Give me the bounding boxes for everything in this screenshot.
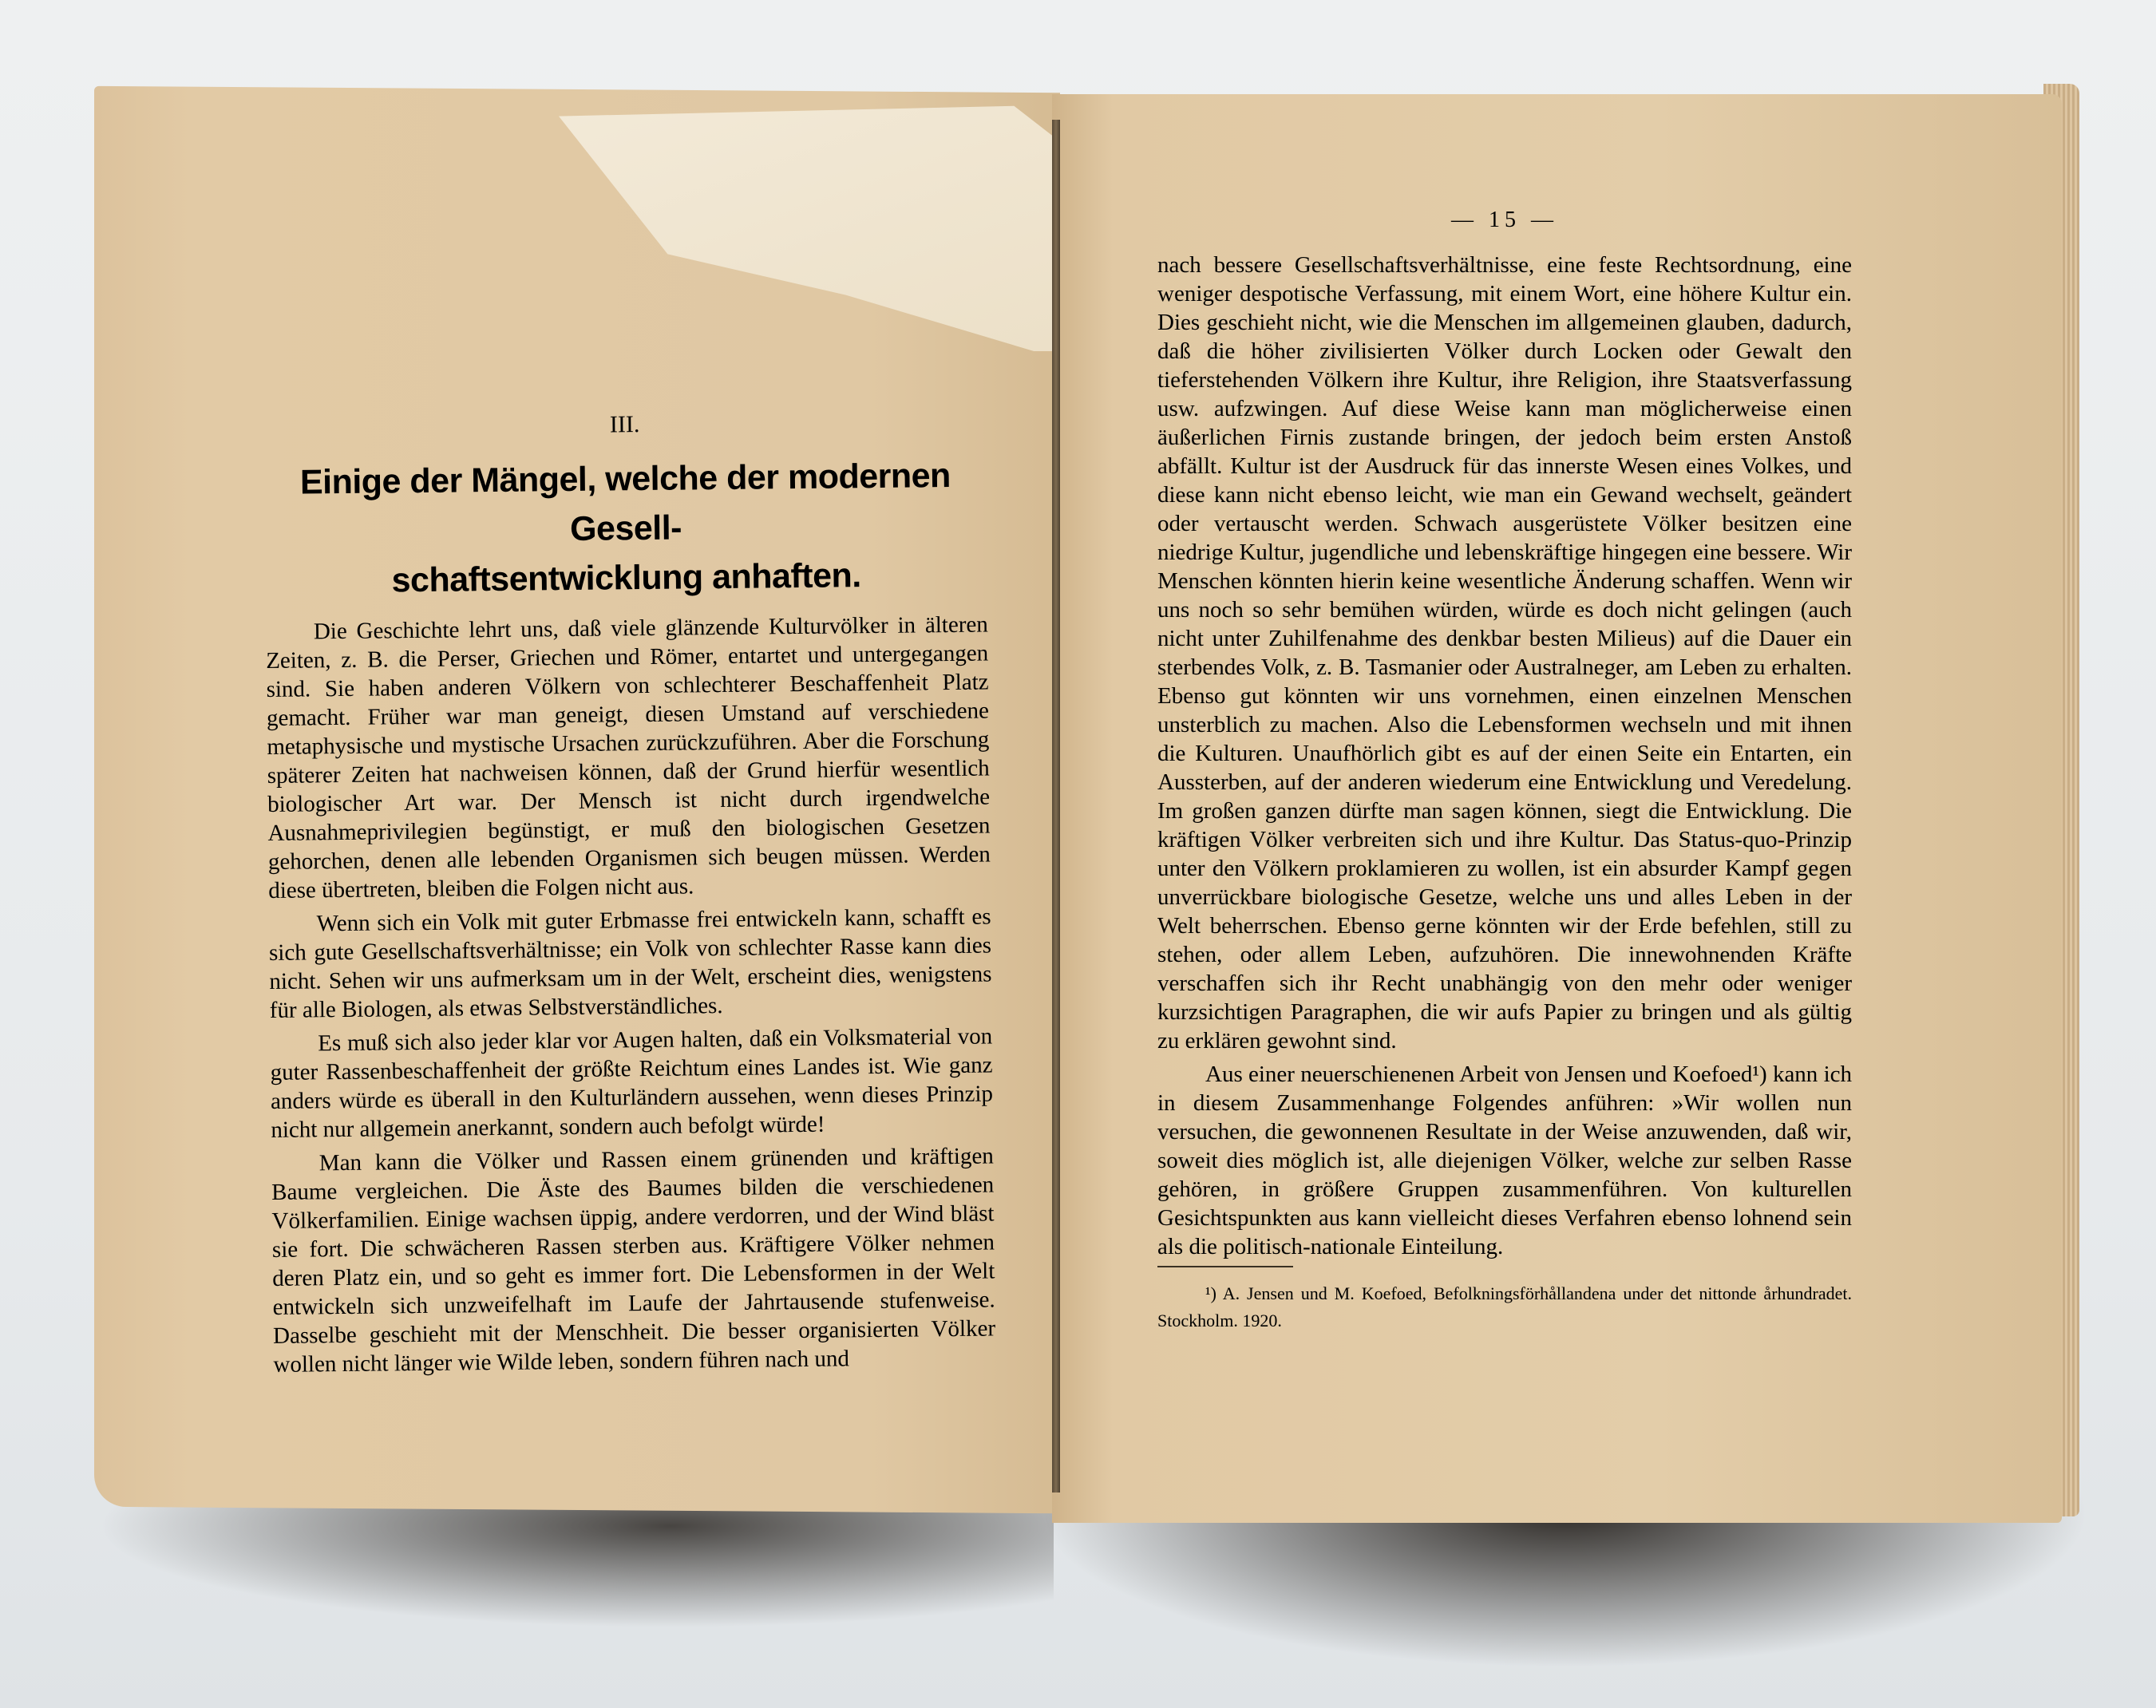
paragraph: Aus einer neuerschienenen Arbeit von Jen… bbox=[1157, 1060, 1852, 1261]
paragraph: Es muß sich also jeder klar vor Augen ha… bbox=[270, 1022, 993, 1144]
page-number: — 15 — bbox=[1157, 208, 1852, 233]
paragraph: Man kann die Völker und Rassen einem grü… bbox=[271, 1141, 996, 1378]
footnote: ¹) A. Jensen und M. Koefoed, Befolknings… bbox=[1157, 1280, 1852, 1334]
paragraph: Wenn sich ein Volk mit guter Erbmasse fr… bbox=[268, 902, 991, 1024]
left-page-text: III. Einige der Mängel, welche der moder… bbox=[263, 408, 996, 1379]
footnote-separator bbox=[1157, 1266, 1293, 1267]
right-page-text: — 15 — nach bessere Gesellschaftsverhält… bbox=[1157, 208, 1852, 1334]
chapter-title-line-1: Einige der Mängel, welche der modernen G… bbox=[300, 457, 951, 548]
book-shadow-left bbox=[96, 1500, 1054, 1628]
book-spine-gutter bbox=[1052, 120, 1060, 1493]
paragraph: Die Geschichte lehrt uns, daß viele glän… bbox=[266, 611, 991, 905]
chapter-title-line-2: schaftsentwicklung anhaften. bbox=[391, 556, 861, 599]
chapter-title: Einige der Mängel, welche der modernen G… bbox=[264, 451, 988, 607]
paragraph: nach bessere Gesellschaftsverhältnisse, … bbox=[1157, 251, 1852, 1055]
